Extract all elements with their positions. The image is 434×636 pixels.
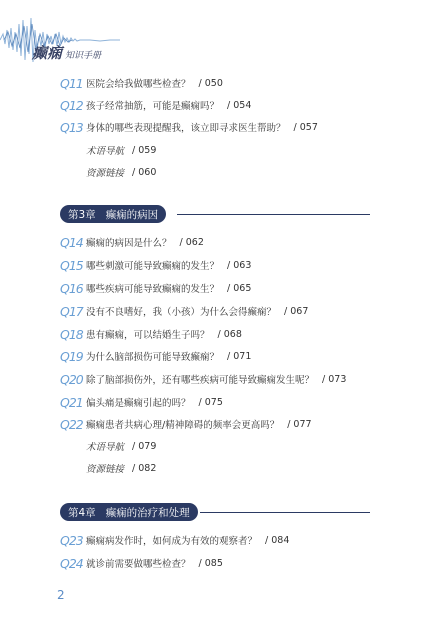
page-ref: / 077 [287, 419, 311, 430]
toc-item[interactable]: Q11 医院会给我做哪些检查？ / 050 [60, 74, 223, 92]
toc-item[interactable]: Q13 身体的哪些表现提醒我，该立即寻求医生帮助？ / 057 [60, 118, 318, 136]
toc-item[interactable]: Q22 癫痫患者共病心理/精神障碍的频率会更高吗？ / 077 [60, 415, 312, 433]
toc-item[interactable]: Q14 癫痫的病因是什么？ / 062 [60, 233, 204, 251]
question-text: 哪些疾病可能导致癫痫的发生？ [86, 281, 219, 295]
question-text: 偏头痛是癫痫引起的吗？ [86, 395, 191, 409]
question-number: Q19 [60, 349, 86, 364]
toc-item[interactable]: Q19 为什么脑部损伤可能导致癫痫？ / 071 [60, 347, 251, 365]
question-text: 除了脑部损伤外，还有哪些疾病可能导致癫痫发生呢？ [86, 372, 314, 386]
extra-label: 术语导航 [86, 143, 124, 157]
question-number: Q17 [60, 304, 86, 319]
chapter-pill: 第3章 癫痫的病因 [60, 205, 166, 223]
book-title-main: 癫痫 [32, 44, 62, 62]
toc-item[interactable]: Q21 偏头痛是癫痫引起的吗？ / 075 [60, 393, 223, 411]
toc-item[interactable]: Q23 癫痫病发作时，如何成为有效的观察者？ / 084 [60, 531, 289, 549]
book-header: 癫痫知识手册 [0, 10, 140, 70]
question-text: 孩子经常抽筋，可能是癫痫吗？ [86, 98, 219, 112]
question-text: 哪些刺激可能导致癫痫的发生？ [86, 258, 219, 272]
chapter-4-header[interactable]: 第4章 癫痫的治疗和处理 [60, 503, 370, 521]
toc-extra-glossary[interactable]: 术语导航 / 079 [86, 437, 156, 455]
question-number: Q12 [60, 98, 86, 113]
question-number: Q21 [60, 395, 86, 410]
question-text: 癫痫患者共病心理/精神障碍的频率会更高吗？ [86, 417, 279, 431]
page-ref: / 082 [132, 463, 156, 474]
page-ref: / 075 [199, 397, 223, 408]
page-ref: / 062 [180, 237, 204, 248]
toc-item[interactable]: Q16 哪些疾病可能导致癫痫的发生？ / 065 [60, 279, 251, 297]
question-number: Q23 [60, 533, 86, 548]
toc-item[interactable]: Q17 没有不良嗜好，我（小孩）为什么会得癫痫？ / 067 [60, 302, 308, 320]
page-ref: / 079 [132, 441, 156, 452]
book-title-sub: 知识手册 [65, 51, 101, 61]
question-text: 医院会给我做哪些检查？ [86, 76, 191, 90]
page-ref: / 057 [294, 122, 318, 133]
extra-label: 资源链接 [86, 461, 124, 475]
toc-extra-resources[interactable]: 资源链接 / 082 [86, 459, 156, 477]
page-ref: / 050 [199, 78, 223, 89]
question-number: Q24 [60, 556, 86, 571]
question-text: 患有癫痫，可以结婚生子吗？ [86, 327, 210, 341]
page-ref: / 063 [227, 260, 251, 271]
page-ref: / 084 [265, 535, 289, 546]
chapter-title: 癫痫的病因 [106, 207, 159, 222]
question-number: Q22 [60, 417, 86, 432]
page-ref: / 085 [199, 558, 223, 569]
question-text: 身体的哪些表现提醒我，该立即寻求医生帮助？ [86, 120, 286, 134]
book-title: 癫痫知识手册 [32, 42, 101, 63]
question-number: Q20 [60, 372, 86, 387]
toc-item[interactable]: Q24 就诊前需要做哪些检查？ / 085 [60, 554, 223, 572]
question-text: 为什么脑部损伤可能导致癫痫？ [86, 349, 219, 363]
toc-extra-glossary[interactable]: 术语导航 / 059 [86, 141, 156, 159]
chapter-title: 癫痫的治疗和处理 [106, 505, 190, 520]
chapter-pill: 第4章 癫痫的治疗和处理 [60, 503, 198, 521]
chapter-number: 第3章 [68, 207, 96, 222]
page-ref: / 073 [322, 374, 346, 385]
question-text: 没有不良嗜好，我（小孩）为什么会得癫痫？ [86, 304, 276, 318]
extra-label: 术语导航 [86, 439, 124, 453]
question-number: Q16 [60, 281, 86, 296]
chapter-number: 第4章 [68, 505, 96, 520]
page-ref: / 054 [227, 100, 251, 111]
question-number: Q14 [60, 235, 86, 250]
toc-extra-resources[interactable]: 资源链接 / 060 [86, 163, 156, 181]
toc-item[interactable]: Q20 除了脑部损伤外，还有哪些疾病可能导致癫痫发生呢？ / 073 [60, 370, 346, 388]
question-text: 癫痫病发作时，如何成为有效的观察者？ [86, 533, 257, 547]
question-number: Q18 [60, 327, 86, 342]
chapter-divider [200, 512, 370, 513]
page-number: 2 [57, 588, 65, 602]
question-number: Q15 [60, 258, 86, 273]
page-ref: / 059 [132, 145, 156, 156]
extra-label: 资源链接 [86, 165, 124, 179]
toc-item[interactable]: Q18 患有癫痫，可以结婚生子吗？ / 068 [60, 325, 242, 343]
question-text: 癫痫的病因是什么？ [86, 235, 172, 249]
page-ref: / 071 [227, 351, 251, 362]
page-ref: / 068 [218, 329, 242, 340]
toc-item[interactable]: Q15 哪些刺激可能导致癫痫的发生？ / 063 [60, 256, 251, 274]
question-number: Q11 [60, 76, 86, 91]
question-number: Q13 [60, 120, 86, 135]
chapter-divider [177, 214, 370, 215]
chapter-3-header[interactable]: 第3章 癫痫的病因 [60, 205, 370, 223]
page-ref: / 065 [227, 283, 251, 294]
question-text: 就诊前需要做哪些检查？ [86, 556, 191, 570]
page-ref: / 067 [284, 306, 308, 317]
page-ref: / 060 [132, 167, 156, 178]
toc-item[interactable]: Q12 孩子经常抽筋，可能是癫痫吗？ / 054 [60, 96, 251, 114]
